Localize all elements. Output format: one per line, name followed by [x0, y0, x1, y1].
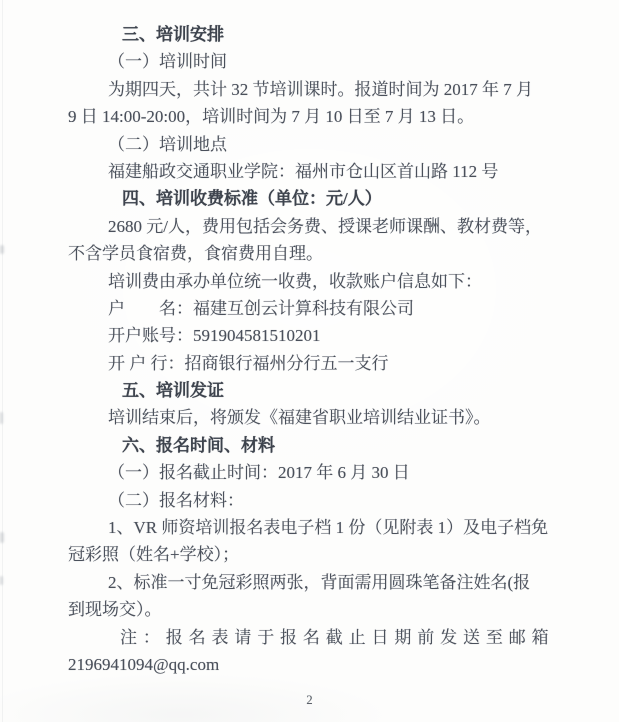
- document-line: 开 户 行：招商银行福州分行五一支行: [68, 350, 568, 377]
- document-line: 2196941094@qq.com: [68, 651, 568, 678]
- document-line: 2680 元/人，费用包括会务费、授课老师课酬、教材费等，: [68, 213, 568, 240]
- document-line: 培训费由承办单位统一收费，收款账户信息如下：: [68, 268, 568, 295]
- document-line: 五、培训发证: [68, 377, 568, 404]
- document-line: （二）报名材料：: [68, 487, 568, 514]
- document-line: 1、VR 师资培训报名表电子档 1 份（见附表 1）及电子档免: [68, 514, 568, 541]
- page-number: 2: [0, 692, 619, 708]
- document-line: （二）培训地点: [68, 131, 568, 158]
- scan-artifact: [0, 245, 4, 254]
- scanned-document-page: 三、培训安排（一）培训时间为期四天，共计 32 节培训课时。报道时间为 2017…: [0, 0, 619, 722]
- document-body: 三、培训安排（一）培训时间为期四天，共计 32 节培训课时。报道时间为 2017…: [68, 21, 568, 678]
- scan-artifact: [0, 412, 3, 424]
- scan-edge-line: [2, 0, 3, 722]
- document-line: 注：报名表请于报名截止日期前发送至邮箱: [68, 624, 568, 651]
- document-line: 9 日 14:00-20:00，培训时间为 7 月 10 日至 7 月 13 日…: [68, 103, 568, 130]
- document-line: 为期四天，共计 32 节培训课时。报道时间为 2017 年 7 月: [68, 76, 568, 103]
- document-line: 培训结束后，将颁发《福建省职业培训结业证书》。: [68, 404, 568, 431]
- document-line: （一）培训时间: [68, 48, 568, 75]
- document-line: 户 名：福建互创云计算科技有限公司: [68, 295, 568, 322]
- document-line: （一）报名截止时间：2017 年 6 月 30 日: [68, 459, 568, 486]
- document-line: 六、报名时间、材料: [68, 432, 568, 459]
- document-line: 四、培训收费标准（单位：元/人）: [68, 185, 568, 212]
- document-line: 福建船政交通职业学院：福州市仓山区首山路 112 号: [68, 158, 568, 185]
- document-line: 2、标准一寸免冠彩照两张，背面需用圆珠笔备注姓名(报: [68, 569, 568, 596]
- document-line: 冠彩照（姓名+学校）；: [68, 541, 568, 568]
- document-line: 不含学员食宿费，食宿费用自理。: [68, 240, 568, 267]
- scan-artifact: [0, 576, 3, 585]
- document-line: 到现场交）。: [68, 596, 568, 623]
- document-line: 开户账号：591904581510201: [68, 322, 568, 349]
- document-line: 三、培训安排: [68, 21, 568, 48]
- scan-artifact: [0, 532, 4, 543]
